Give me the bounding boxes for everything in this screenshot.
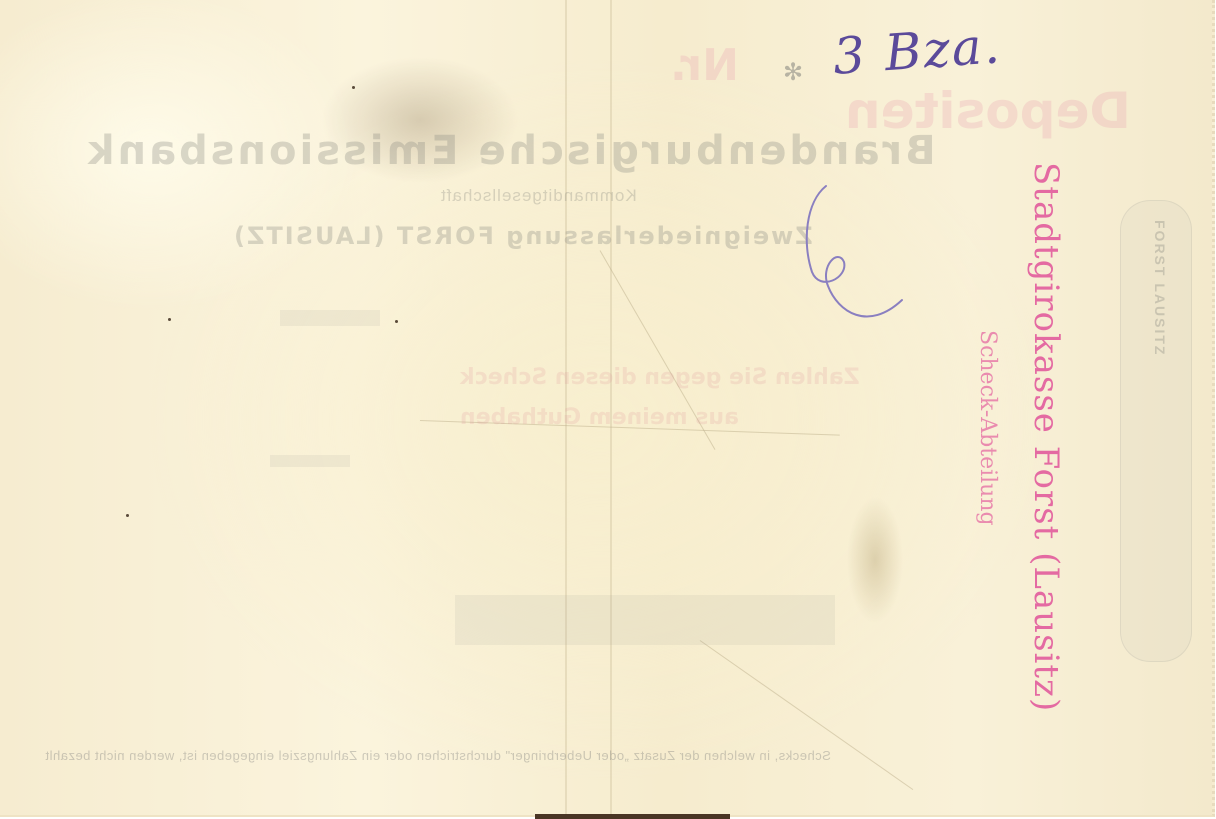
rosette-icon: ✻: [783, 58, 803, 87]
cheque-paper: Brandenburgische Emissionsbank Kommandit…: [0, 0, 1215, 817]
bleed-pink-number: Nr.: [670, 40, 739, 91]
bleed-branch: Zweigniederlassung FORST (LAUSITZ): [232, 222, 813, 250]
bleed-field: [270, 455, 350, 467]
ink-speck: [126, 514, 129, 517]
crease: [700, 640, 914, 790]
pencil-scribble-icon: [798, 182, 918, 342]
bleed-pink-line-b: aus meinem Guthaben: [460, 405, 739, 430]
bleed-footer: Schecks, in welchen der Zusatz „oder Ueb…: [45, 748, 831, 763]
bleed-amount-box: [455, 595, 835, 645]
bleed-bank-name: Brandenburgische Emissionsbank: [85, 128, 936, 174]
ink-speck: [352, 86, 355, 89]
ink-speck: [395, 320, 398, 323]
scan-edge: [535, 814, 730, 819]
bleed-side-text: FORST LAUSITZ: [1152, 220, 1168, 356]
bleed-legal-form: Kommanditgesellschaft: [440, 186, 637, 206]
handwritten-note: 3 Bza.: [831, 16, 1003, 86]
bleed-pink-depositen: Depositen: [845, 82, 1131, 140]
stamp-scheck-abteilung: Scheck-Abteilung: [975, 330, 1000, 526]
stamp-stadtgirokasse: Stadtgirokasse Forst (Lausitz): [1026, 162, 1066, 712]
bleed-field: [280, 310, 380, 326]
bleed-pink-line-a: Zahlen Sie gegen diesen Scheck: [460, 365, 860, 390]
ink-speck: [168, 318, 171, 321]
